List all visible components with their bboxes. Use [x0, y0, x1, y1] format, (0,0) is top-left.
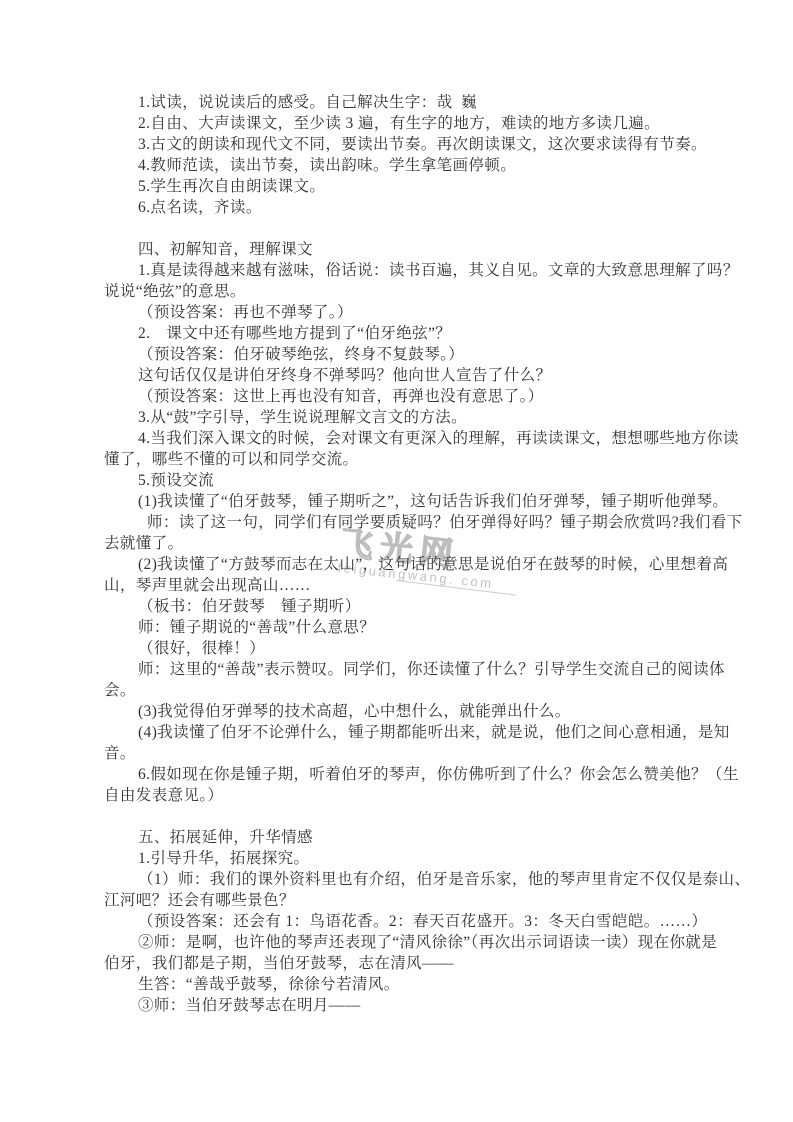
- text-line: 师：锺子期说的“善哉”什么意思？: [104, 617, 709, 638]
- text-line: （很好，很棒！）: [104, 638, 709, 659]
- section-heading-four: 四、初解知音，理解课文: [104, 239, 709, 260]
- text-line: 2. 课文中还有哪些地方提到了“伯牙绝弦”？: [104, 323, 709, 344]
- text-line: 江河吧？还会有哪些景色？: [104, 890, 709, 911]
- blank-line: [104, 218, 709, 239]
- text-line: 师：这里的“善哉”表示赞叹。同学们，你还读懂了什么？引导学生交流自己的阅读体: [104, 659, 709, 680]
- document-text-block: 1.试读，说说读后的感受。自己解决生字：哉 巍 2.自由、大声读课文，至少读 3…: [104, 92, 709, 1016]
- text-line: 6.假如现在你是锺子期，听着伯牙的琴声，你仿佛听到了什么？你会怎么赞美他？（生: [104, 764, 709, 785]
- text-line: 会。: [104, 680, 709, 701]
- text-line: 6.点名读，齐读。: [104, 197, 709, 218]
- text-line: ②师：是啊，也许他的琴声还表现了“清风徐徐”（再次出示词语读一读）现在你就是: [104, 932, 709, 953]
- text-line: （预设答案：还会有 1：鸟语花香。2：春天百花盛开。3：冬天白雪皑皑。……）: [104, 911, 709, 932]
- text-line: 这句话仅仅是讲伯牙终身不弹琴吗？他向世人宣告了什么？: [104, 365, 709, 386]
- text-line: （板书：伯牙鼓琴 锺子期听）: [104, 596, 709, 617]
- text-line: 自由发表意见。）: [104, 785, 709, 806]
- text-line: (1)我读懂了“伯牙鼓琴，锺子期听之”，这句话告诉我们伯牙弹琴，锺子期听他弹琴。: [104, 491, 709, 512]
- text-line: 4.教师范读，读出节奏，读出韵味。学生拿笔画停顿。: [104, 155, 709, 176]
- text-line: (2)我读懂了“方鼓琴而志在太山”，这句话的意思是说伯牙在鼓琴的时候，心里想着高: [104, 554, 709, 575]
- document-page: 飞光网 feiguangwang. com 1.试读，说说读后的感受。自己解决生…: [0, 0, 793, 1122]
- text-line: （预设答案：再也不弹琴了。）: [104, 302, 709, 323]
- text-line: 1.试读，说说读后的感受。自己解决生字：哉 巍: [104, 92, 709, 113]
- text-line: 伯牙，我们都是子期，当伯牙鼓琴，志在清风——: [104, 953, 709, 974]
- text-line: (3)我觉得伯牙弹琴的技术高超，心中想什么，就能弹出什么。: [104, 701, 709, 722]
- text-line: 音。: [104, 743, 709, 764]
- text-line: 3.从“鼓”字引导，学生说说理解文言文的方法。: [104, 407, 709, 428]
- text-line: 生答：“善哉乎鼓琴，徐徐兮若清风。: [104, 974, 709, 995]
- text-line: （预设答案：伯牙破琴绝弦，终身不复鼓琴。）: [104, 344, 709, 365]
- text-line: 懂了，哪些不懂的可以和同学交流。: [104, 449, 709, 470]
- text-line: 山，琴声里就会出现高山……: [104, 575, 709, 596]
- text-line: 5.学生再次自由朗读课文。: [104, 176, 709, 197]
- text-line: （预设答案：这世上再也没有知音，再弹也没有意思了。）: [104, 386, 709, 407]
- text-line: 1.真是读得越来越有滋味，俗话说：读书百遍，其义自见。文章的大致意思理解了吗？: [104, 260, 709, 281]
- section-heading-five: 五、拓展延伸，升华情感: [104, 827, 709, 848]
- text-line: 去就懂了。: [104, 533, 709, 554]
- text-line: 1.引导升华，拓展探究。: [104, 848, 709, 869]
- text-line: 4.当我们深入课文的时候，会对课文有更深入的理解，再读读课文，想想哪些地方你读: [104, 428, 709, 449]
- text-line: 师：读了这一句，同学们有同学要质疑吗？伯牙弹得好吗？锺子期会欣赏吗?我们看下: [104, 512, 709, 533]
- text-line: 3.古文的朗读和现代文不同，要读出节奏。再次朗读课文，这次要求读得有节奏。: [104, 134, 709, 155]
- text-line: 说说“绝弦”的意思。: [104, 281, 709, 302]
- text-line: 2.自由、大声读课文，至少读 3 遍，有生字的地方，难读的地方多读几遍。: [104, 113, 709, 134]
- text-line: ③师：当伯牙鼓琴志在明月——: [104, 995, 709, 1016]
- text-line: (4)我读懂了伯牙不论弹什么，锺子期都能听出来，就是说，他们之间心意相通，是知: [104, 722, 709, 743]
- text-line: 5.预设交流: [104, 470, 709, 491]
- text-line: （1）师：我们的课外资料里也有介绍，伯牙是音乐家，他的琴声里肯定不仅仅是泰山、: [104, 869, 709, 890]
- blank-line: [104, 806, 709, 827]
